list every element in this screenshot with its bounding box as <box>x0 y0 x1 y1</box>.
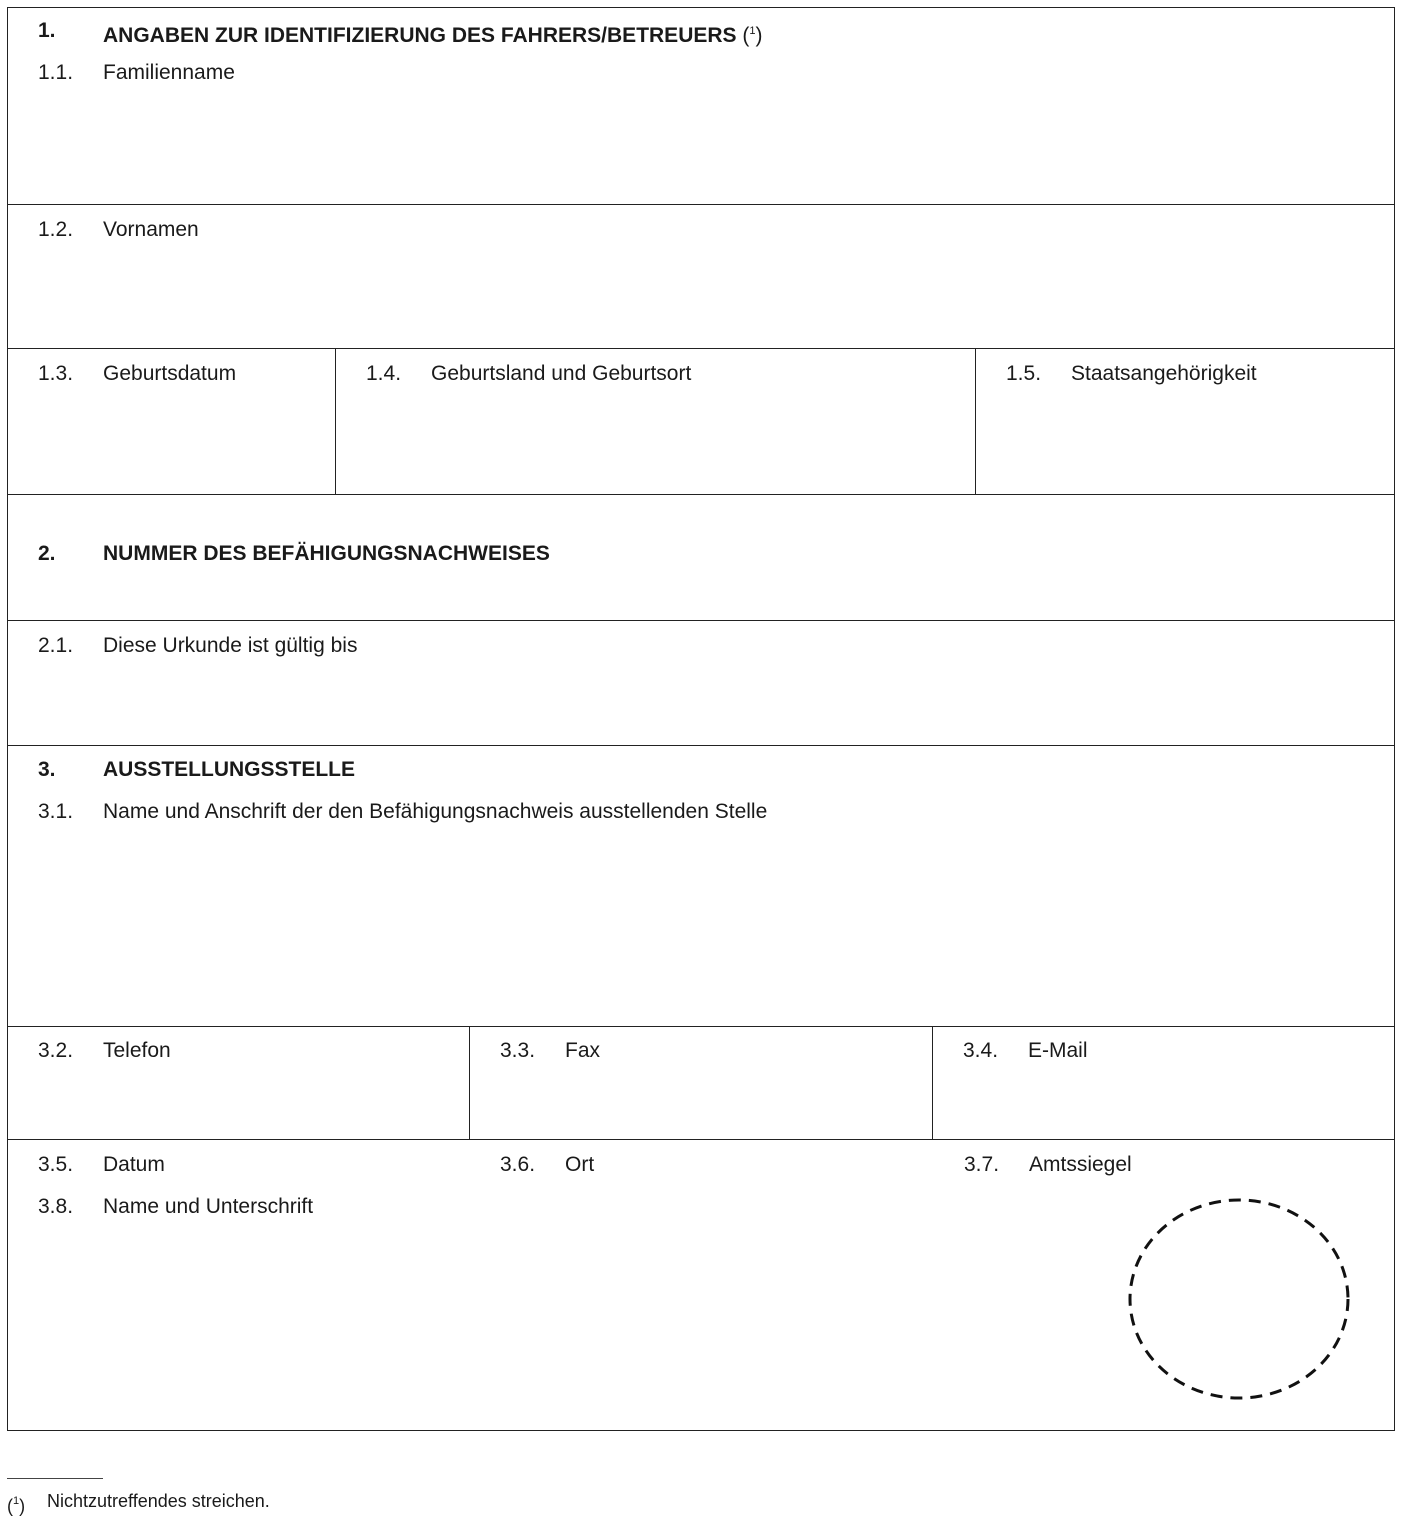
section-title: ANGABEN ZUR IDENTIFIZIERUNG DES FAHRERS/… <box>103 19 763 48</box>
field-label: Ort <box>565 1153 594 1177</box>
field-label: Amtssiegel <box>1029 1153 1132 1177</box>
field-label: Fax <box>565 1039 600 1063</box>
field-label: Datum <box>103 1153 165 1177</box>
field-number: 3.1. <box>38 800 73 824</box>
column-divider <box>932 1026 933 1139</box>
section-title: NUMMER DES BEFÄHIGUNGSNACHWEISES <box>103 542 550 566</box>
seal-placeholder-icon[interactable] <box>1126 1196 1352 1402</box>
field-number: 3.5. <box>38 1153 73 1177</box>
field-number: 3.8. <box>38 1195 73 1219</box>
field-label: Vornamen <box>103 218 199 242</box>
field-number: 1.2. <box>38 218 73 242</box>
row-divider <box>7 1026 1395 1027</box>
column-divider <box>469 1026 470 1139</box>
field-label: Diese Urkunde ist gültig bis <box>103 634 357 658</box>
footnote-rule <box>7 1478 103 1479</box>
field-number: 1.5. <box>1006 362 1041 386</box>
row-divider <box>7 620 1395 621</box>
footnote-text: Nichtzutreffendes streichen. <box>47 1490 270 1512</box>
field-number: 1.3. <box>38 362 73 386</box>
column-divider <box>335 348 336 494</box>
section-number: 3. <box>38 758 56 782</box>
field-label: Telefon <box>103 1039 171 1063</box>
row-divider <box>7 348 1395 349</box>
footnote-reference[interactable]: 1 <box>749 25 755 37</box>
field-number: 1.1. <box>38 61 73 85</box>
field-label: Geburtsdatum <box>103 362 236 386</box>
field-number: 2.1. <box>38 634 73 658</box>
section-number: 2. <box>38 542 56 566</box>
field-number: 3.2. <box>38 1039 73 1063</box>
field-label: Familienname <box>103 61 235 85</box>
field-number: 3.6. <box>500 1153 535 1177</box>
field-number: 3.4. <box>963 1039 998 1063</box>
field-label: Geburtsland und Geburtsort <box>431 362 691 386</box>
field-label: Name und Unterschrift <box>103 1195 313 1219</box>
field-number: 1.4. <box>366 362 401 386</box>
field-label: E-Mail <box>1028 1039 1088 1063</box>
column-divider <box>975 348 976 494</box>
footnote-marker: (1) <box>7 1496 25 1516</box>
section-number: 1. <box>38 19 56 43</box>
section-title: AUSSTELLUNGSSTELLE <box>103 758 355 782</box>
footnote-marker-number: 1 <box>13 1495 19 1507</box>
section-title-text: ANGABEN ZUR IDENTIFIZIERUNG DES FAHRERS/… <box>103 24 737 47</box>
field-number: 3.7. <box>964 1153 999 1177</box>
field-number: 3.3. <box>500 1039 535 1063</box>
row-divider <box>7 204 1395 205</box>
row-divider <box>7 1139 1395 1140</box>
row-divider <box>7 494 1395 495</box>
field-label: Name und Anschrift der den Befähigungsna… <box>103 800 767 824</box>
footnote: (1) Nichtzutreffendes streichen. <box>7 1490 25 1517</box>
row-divider <box>7 745 1395 746</box>
field-label: Staatsangehörigkeit <box>1071 362 1257 386</box>
